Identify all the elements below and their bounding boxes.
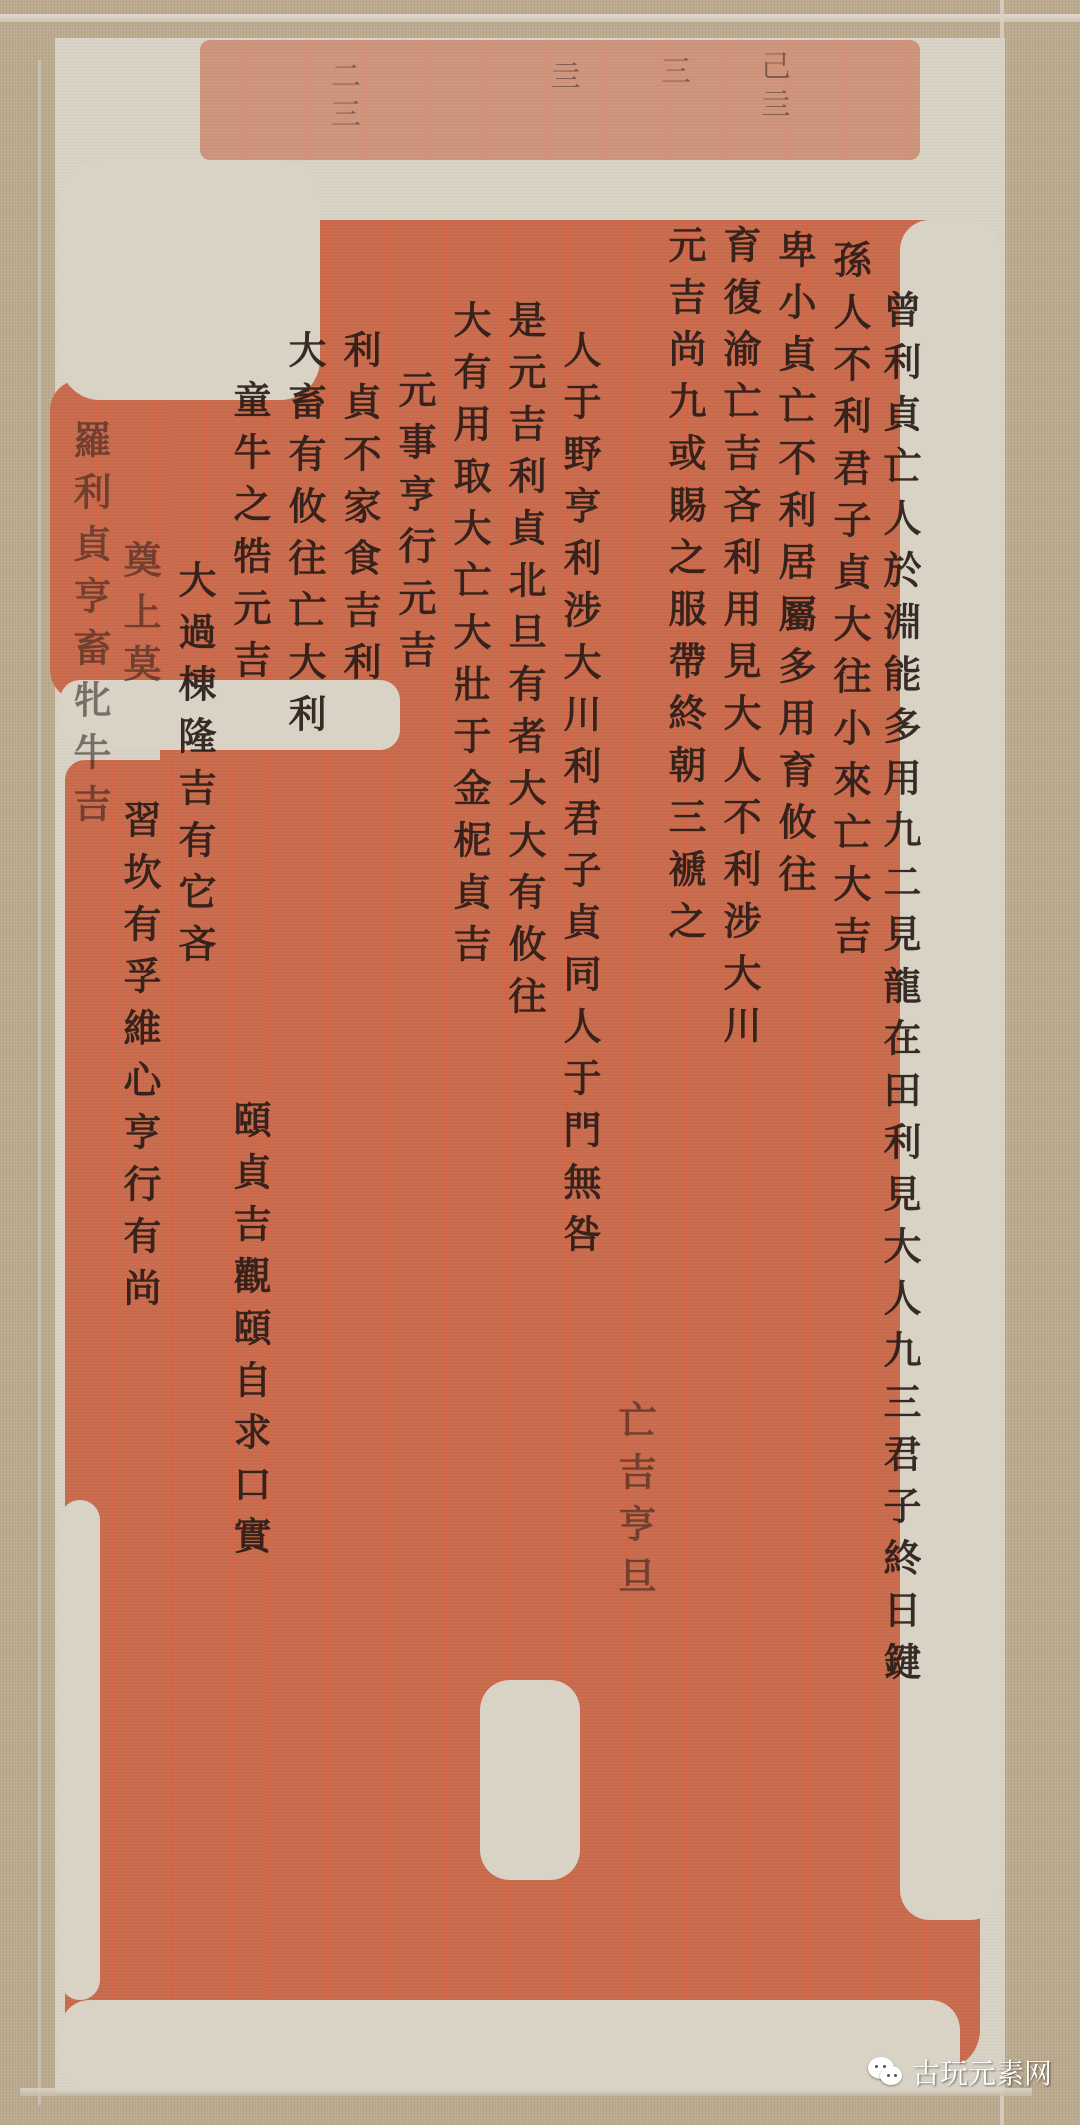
text-column: 是元吉利貞北旦有者大大有攸往 — [505, 300, 543, 1028]
text-column: 奠上莫 — [120, 540, 158, 696]
text-column: 童牛之牿元吉 — [230, 380, 268, 692]
frame-edge-top — [0, 14, 1080, 22]
silk-loss — [480, 1680, 580, 1880]
text-column: 大畜有攸往亡大利 — [285, 330, 323, 746]
watermark-text: 古玩元素网 — [912, 2052, 1052, 2092]
text-column: 孫人不利君子貞大往小來亡大吉 — [830, 240, 868, 968]
silk-loss — [60, 1500, 100, 2000]
text-column: 習坎有孚維心亨行有尚 — [120, 800, 158, 1320]
text-column: 元事亨行元吉 — [395, 370, 433, 682]
frame-edge-left — [38, 60, 41, 2105]
text-column: 育復渝亡吉吝利用見大人不利涉大川 — [720, 225, 758, 1057]
silk-fragment-top — [200, 40, 920, 160]
header-fragment: 己亖 — [750, 50, 794, 126]
text-column: 亡吉亨旦 — [615, 1400, 653, 1608]
watermark: 古玩元素网 — [868, 2052, 1052, 2092]
header-fragment: 三 — [650, 55, 694, 93]
text-column: 曾利貞亡人於淵能多用九二見龍在田利見大人九三君子終日鍵 — [880, 290, 918, 1694]
silk-loss — [60, 2000, 960, 2090]
text-column: 羅利貞亨畜牝牛吉 — [70, 420, 108, 836]
text-column: 利貞不家食吉利 — [340, 330, 378, 694]
text-column: 卑小貞亡不利居屬多用育攸往 — [775, 230, 813, 906]
silk-loss — [60, 160, 320, 400]
text-column: 元吉尚九或賜之服帶終朝三褫之 — [665, 225, 703, 953]
text-column: 人于野亨利涉大川利君子貞同人于門無咎 — [560, 330, 598, 1266]
header-fragment: 亖 — [540, 60, 584, 98]
text-column: 頤貞吉觀頤自求口實 — [230, 1100, 268, 1568]
wechat-icon — [868, 2057, 906, 2087]
header-fragment: 二三 — [320, 60, 364, 136]
text-column: 大過棟隆吉有它吝 — [175, 560, 213, 976]
text-column: 大有用取大亡大壯于金柅貞吉 — [450, 300, 488, 976]
